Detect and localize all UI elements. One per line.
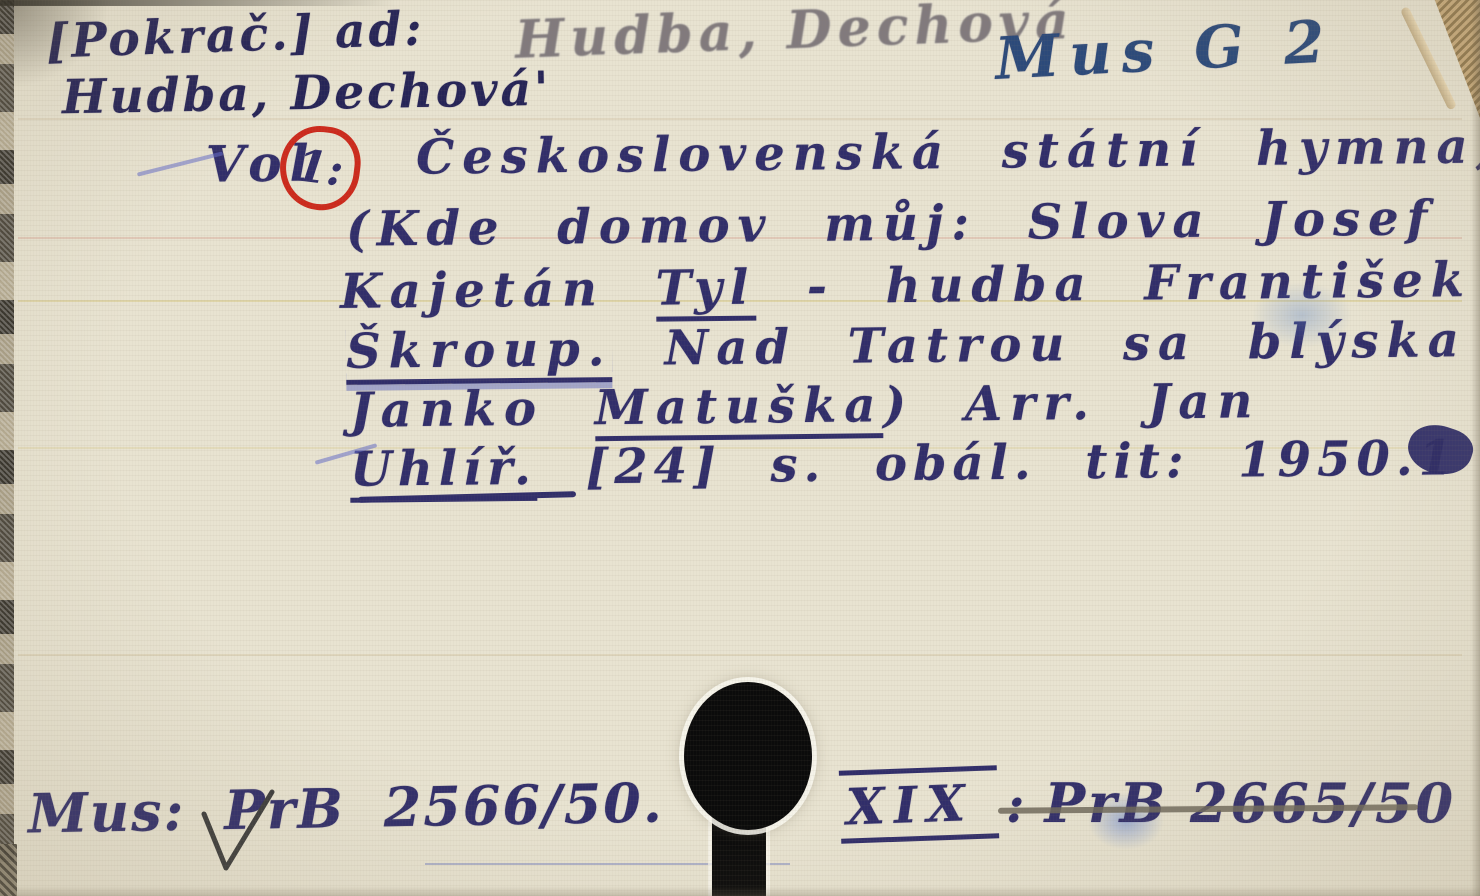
- title-line-1: Československá státní hymna,: [416, 118, 1480, 185]
- title-line-5: Janko Matuška) Arr. Jan: [350, 373, 1261, 439]
- catalog-card: Hudba, Dechová [Pokrač.] ad: Hudba, Dech…: [0, 0, 1480, 896]
- blue-ink-smudge: [1252, 282, 1352, 348]
- pencil-checkmark: [194, 788, 278, 880]
- title-line-2: (Kde domov můj: Slova Josef: [346, 190, 1436, 257]
- scan-edge-bottom: [0, 886, 1480, 896]
- entry-text: ) Arr. Jan: [883, 373, 1261, 433]
- card-corner-shadow: [0, 0, 110, 90]
- underlined-name-skroup: Škroup.: [346, 321, 613, 385]
- title-line-6: Uhlíř. [24] s. obál. tit: 1950.1: [350, 430, 1458, 498]
- crossed-out-number: PrB 2665/50: [1044, 771, 1456, 835]
- roman-numeral-xix: XIX: [839, 765, 999, 843]
- subject-heading: Hudba, Dechová': [62, 62, 552, 126]
- pencil-heading-ghost: Hudba, Dechová: [514, 0, 1076, 71]
- entry-text: Janko: [350, 380, 595, 439]
- entry-text: - hudba František: [756, 252, 1472, 315]
- ruled-line: [18, 654, 1462, 656]
- punch-hole: [684, 682, 812, 830]
- scan-edge-right: [1471, 0, 1480, 896]
- entry-text: Kajetán: [340, 261, 656, 320]
- underlined-name-tyl: Tyl: [655, 260, 756, 322]
- underlined-name-matuska: Matuška: [594, 377, 883, 441]
- volume-number: 1:: [294, 140, 347, 196]
- scan-edge-corner: [0, 844, 17, 896]
- accession-number-mus: Mus: PrB 2566/50.: [27, 770, 664, 845]
- scan-edge-left: [0, 0, 14, 896]
- entry-text: [24] s. obál. tit: 1950.1: [537, 430, 1459, 496]
- separator-colon: :: [1006, 775, 1028, 834]
- scan-edge-top: [0, 0, 430, 6]
